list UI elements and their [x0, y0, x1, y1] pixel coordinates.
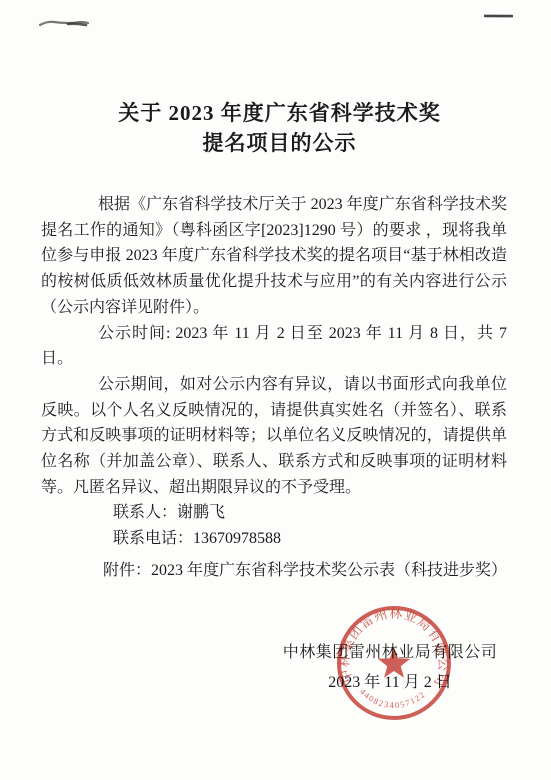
notice-title: 关于 2023 年度广东省科学技术奖 提名项目的公示 [8, 98, 551, 158]
paragraph-publicity-period: 公示时间: 2023 年 11 月 2 日至 2023 年 11 月 8 日，共… [41, 321, 507, 372]
notice-title-line1: 关于 2023 年度广东省科学技术奖 [8, 98, 551, 128]
paragraph-basis: 根据《广东省科学技术厅关于 2023 年度广东省科学技术奖提名工作的通知》（粤科… [41, 192, 507, 321]
notice-document-page: 关于 2023 年度广东省科学技术奖 提名项目的公示 根据《广东省科学技术厅关于… [0, 0, 551, 780]
signature-date: 2023 年 11 月 2 日 [250, 671, 530, 695]
scan-mark-top-left [38, 16, 90, 30]
contact-phone-line: 联系电话：13670978588 [41, 526, 507, 552]
contact-person-line: 联系人：谢鹏飞 [41, 500, 507, 526]
notice-title-line2: 提名项目的公示 [8, 128, 551, 158]
signature-company-name: 中林集团雷州林业局有限公司 [250, 641, 530, 665]
notice-body: 根据《广东省科学技术厅关于 2023 年度广东省科学技术奖提名工作的通知》（粤科… [41, 192, 507, 552]
signature-block: 中林集团雷州林业局有限公司 2023 年 11 月 2 日 [250, 641, 530, 695]
scan-mark-top-right [484, 13, 513, 18]
attachment-line: 附件：2023 年度广东省科学技术奖公示表（科技进步奖） [41, 558, 521, 584]
paragraph-objection-instructions: 公示期间，如对公示内容有异议，请以书面形式向我单位反映。以个人名义反映情况的，请… [41, 372, 507, 501]
